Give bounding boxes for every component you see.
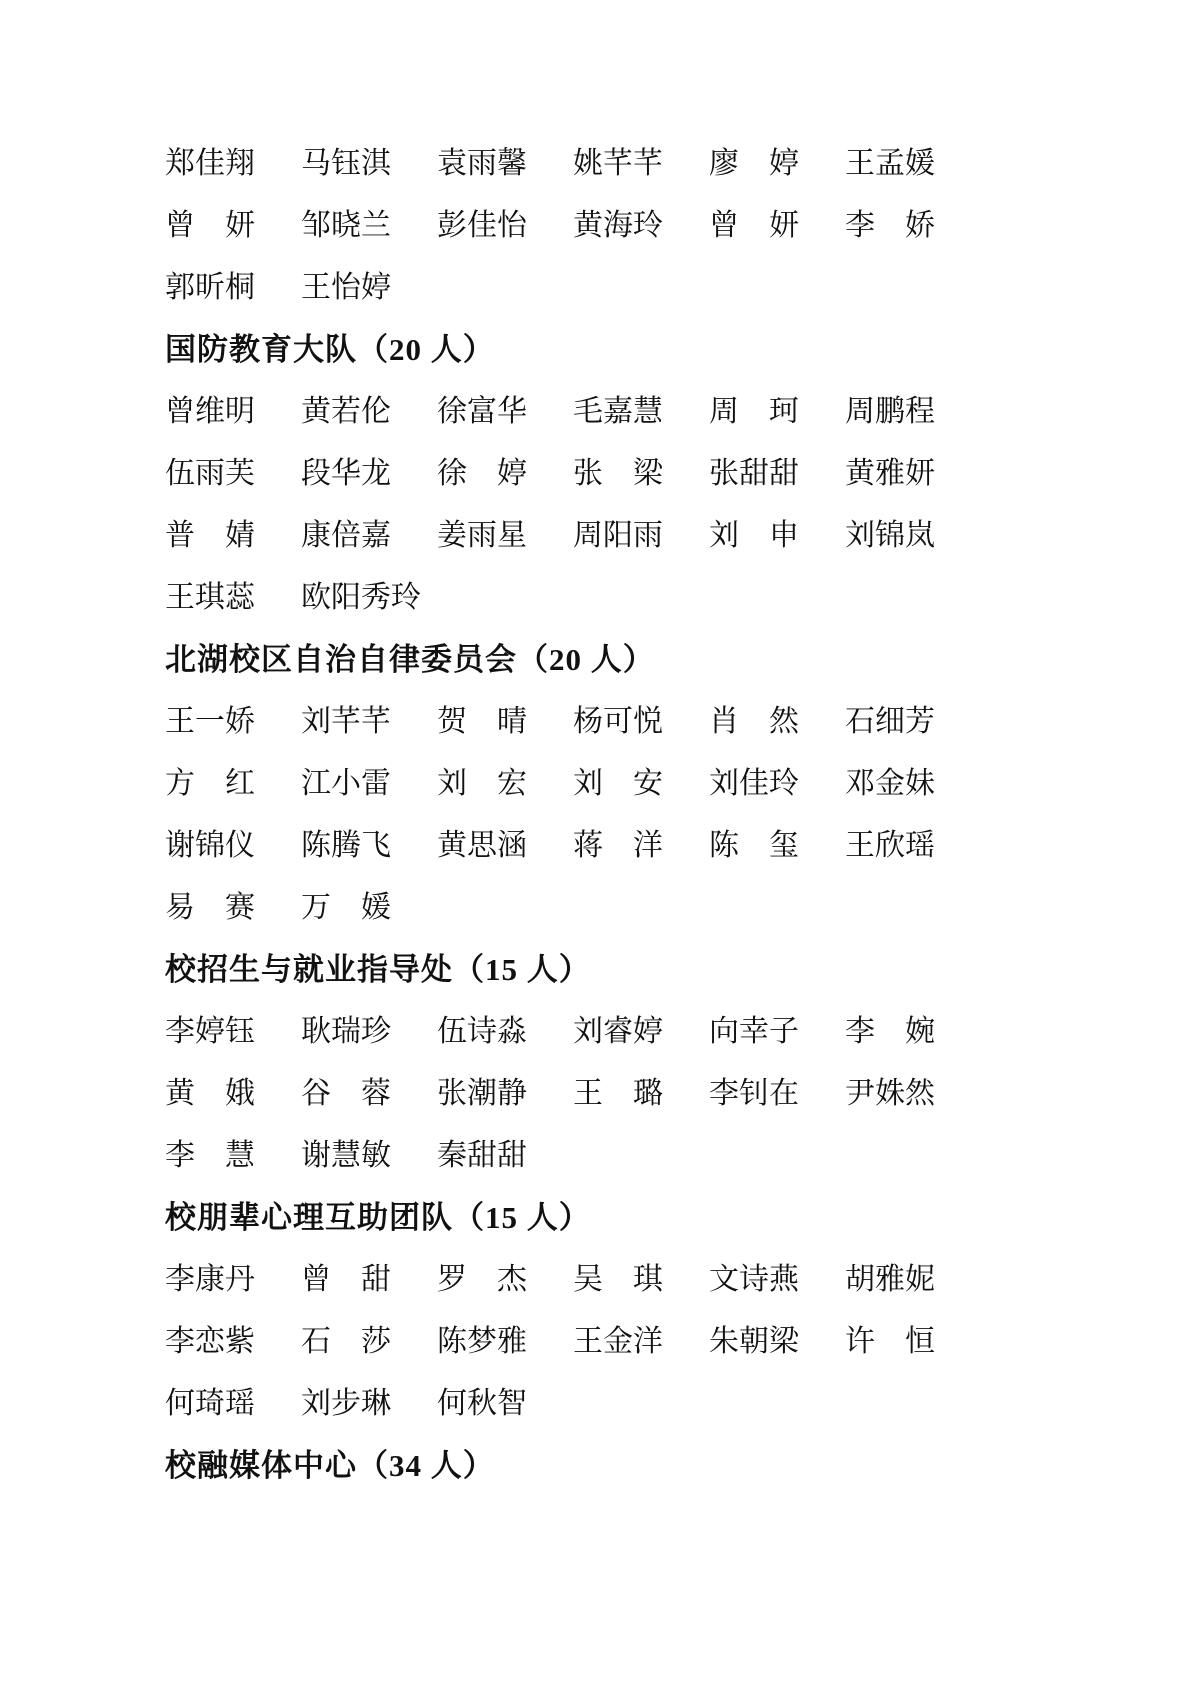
person-name: 周阳雨 [573, 505, 669, 567]
name-row: 李恋紫石 莎陈梦雅王金洋朱朝梁许 恒 [165, 1311, 1025, 1373]
person-name: 文诗燕 [709, 1249, 805, 1311]
person-name: 邹晓兰 [301, 195, 397, 257]
person-name: 刘锦岚 [845, 505, 941, 567]
name-row: 王一娇刘芊芊贺 晴杨可悦肖 然石细芳 [165, 691, 1025, 753]
section-title: 校融媒体中心（34 人） [165, 1435, 1025, 1497]
name-row: 曾维明黄若伦徐富华毛嘉慧周 珂周鹏程 [165, 381, 1025, 443]
person-name: 李康丹 [165, 1249, 261, 1311]
person-name: 刘 安 [573, 753, 669, 815]
person-name: 刘 申 [709, 505, 805, 567]
section-title: 校朋辈心理互助团队（15 人） [165, 1187, 1025, 1249]
person-name: 李婷钰 [165, 1001, 261, 1063]
person-name: 曾维明 [165, 381, 261, 443]
section-title: 校招生与就业指导处（15 人） [165, 939, 1025, 1001]
person-name: 姜雨星 [437, 505, 533, 567]
person-name: 李 慧 [165, 1125, 261, 1187]
person-name: 谷 蓉 [301, 1063, 397, 1125]
person-name: 马钰淇 [301, 133, 397, 195]
person-name: 黄 娥 [165, 1063, 261, 1125]
person-name: 伍诗淼 [437, 1001, 533, 1063]
person-name: 张潮静 [437, 1063, 533, 1125]
person-name: 周鹏程 [845, 381, 941, 443]
person-name: 石 莎 [301, 1311, 397, 1373]
person-name: 朱朝梁 [709, 1311, 805, 1373]
person-name: 郭昕桐 [165, 257, 261, 319]
person-name: 李 娇 [845, 195, 941, 257]
person-name: 王孟媛 [845, 133, 941, 195]
person-name: 许 恒 [845, 1311, 941, 1373]
person-name: 黄思涵 [437, 815, 533, 877]
person-name: 王琪蕊 [165, 567, 261, 629]
person-name: 刘步琳 [301, 1373, 397, 1435]
person-name: 石细芳 [845, 691, 941, 753]
person-name: 王怡婷 [301, 257, 397, 319]
person-name: 杨可悦 [573, 691, 669, 753]
section-title: 国防教育大队（20 人） [165, 319, 1025, 381]
person-name: 普 婧 [165, 505, 261, 567]
person-name: 陈梦雅 [437, 1311, 533, 1373]
person-name: 曾 甜 [301, 1249, 397, 1311]
person-name: 秦甜甜 [437, 1125, 533, 1187]
person-name: 袁雨馨 [437, 133, 533, 195]
person-name: 郑佳翔 [165, 133, 261, 195]
person-name: 黄海玲 [573, 195, 669, 257]
name-row: 伍雨芙段华龙徐 婷张 梁张甜甜黄雅妍 [165, 443, 1025, 505]
person-name: 江小雷 [301, 753, 397, 815]
person-name: 李钊在 [709, 1063, 805, 1125]
person-name: 易 赛 [165, 877, 261, 939]
person-name: 刘芊芊 [301, 691, 397, 753]
person-name: 王欣瑶 [845, 815, 941, 877]
name-row: 黄 娥谷 蓉张潮静王 璐李钊在尹姝然 [165, 1063, 1025, 1125]
person-name: 肖 然 [709, 691, 805, 753]
person-name: 谢慧敏 [301, 1125, 397, 1187]
name-row: 方 红江小雷刘 宏刘 安刘佳玲邓金妹 [165, 753, 1025, 815]
person-name: 方 红 [165, 753, 261, 815]
person-name: 陈 玺 [709, 815, 805, 877]
name-row: 普 婧康倍嘉姜雨星周阳雨刘 申刘锦岚 [165, 505, 1025, 567]
person-name: 罗 杰 [437, 1249, 533, 1311]
person-name: 刘佳玲 [709, 753, 805, 815]
person-name: 廖 婷 [709, 133, 805, 195]
person-name: 何秋智 [437, 1373, 533, 1435]
name-row: 李康丹曾 甜罗 杰吴 琪文诗燕胡雅妮 [165, 1249, 1025, 1311]
name-row: 王琪蕊欧阳秀玲 [165, 567, 1025, 629]
person-name: 黄若伦 [301, 381, 397, 443]
name-row: 李婷钰耿瑞珍伍诗淼刘睿婷向幸子李 婉 [165, 1001, 1025, 1063]
person-name: 康倍嘉 [301, 505, 397, 567]
person-name: 张甜甜 [709, 443, 805, 505]
person-name: 曾 妍 [165, 195, 261, 257]
person-name: 何琦瑶 [165, 1373, 261, 1435]
document-content: 郑佳翔马钰淇袁雨馨姚芊芊廖 婷王孟媛曾 妍邹晓兰彭佳怡黄海玲曾 妍李 娇郭昕桐王… [165, 133, 1025, 1497]
person-name: 李 婉 [845, 1001, 941, 1063]
person-name: 向幸子 [709, 1001, 805, 1063]
person-name: 陈腾飞 [301, 815, 397, 877]
name-row: 谢锦仪陈腾飞黄思涵蒋 洋陈 玺王欣瑶 [165, 815, 1025, 877]
person-name: 尹姝然 [845, 1063, 941, 1125]
section-title: 北湖校区自治自律委员会（20 人） [165, 629, 1025, 691]
person-name: 吴 琪 [573, 1249, 669, 1311]
name-row: 何琦瑶刘步琳何秋智 [165, 1373, 1025, 1435]
name-row: 李 慧谢慧敏秦甜甜 [165, 1125, 1025, 1187]
person-name: 徐富华 [437, 381, 533, 443]
person-name: 谢锦仪 [165, 815, 261, 877]
person-name: 李恋紫 [165, 1311, 261, 1373]
document-page: 郑佳翔马钰淇袁雨馨姚芊芊廖 婷王孟媛曾 妍邹晓兰彭佳怡黄海玲曾 妍李 娇郭昕桐王… [0, 0, 1191, 1684]
person-name: 蒋 洋 [573, 815, 669, 877]
name-row: 曾 妍邹晓兰彭佳怡黄海玲曾 妍李 娇 [165, 195, 1025, 257]
person-name: 欧阳秀玲 [301, 567, 397, 629]
person-name: 万 媛 [301, 877, 397, 939]
person-name: 段华龙 [301, 443, 397, 505]
name-row: 郭昕桐王怡婷 [165, 257, 1025, 319]
person-name: 张 梁 [573, 443, 669, 505]
person-name: 彭佳怡 [437, 195, 533, 257]
person-name: 徐 婷 [437, 443, 533, 505]
person-name: 贺 晴 [437, 691, 533, 753]
name-row: 郑佳翔马钰淇袁雨馨姚芊芊廖 婷王孟媛 [165, 133, 1025, 195]
person-name: 邓金妹 [845, 753, 941, 815]
person-name: 曾 妍 [709, 195, 805, 257]
person-name: 姚芊芊 [573, 133, 669, 195]
person-name: 周 珂 [709, 381, 805, 443]
person-name: 王 璐 [573, 1063, 669, 1125]
person-name: 黄雅妍 [845, 443, 941, 505]
person-name: 刘睿婷 [573, 1001, 669, 1063]
person-name: 胡雅妮 [845, 1249, 941, 1311]
person-name: 毛嘉慧 [573, 381, 669, 443]
name-row: 易 赛万 媛 [165, 877, 1025, 939]
person-name: 伍雨芙 [165, 443, 261, 505]
person-name: 耿瑞珍 [301, 1001, 397, 1063]
person-name: 刘 宏 [437, 753, 533, 815]
person-name: 王一娇 [165, 691, 261, 753]
person-name: 王金洋 [573, 1311, 669, 1373]
